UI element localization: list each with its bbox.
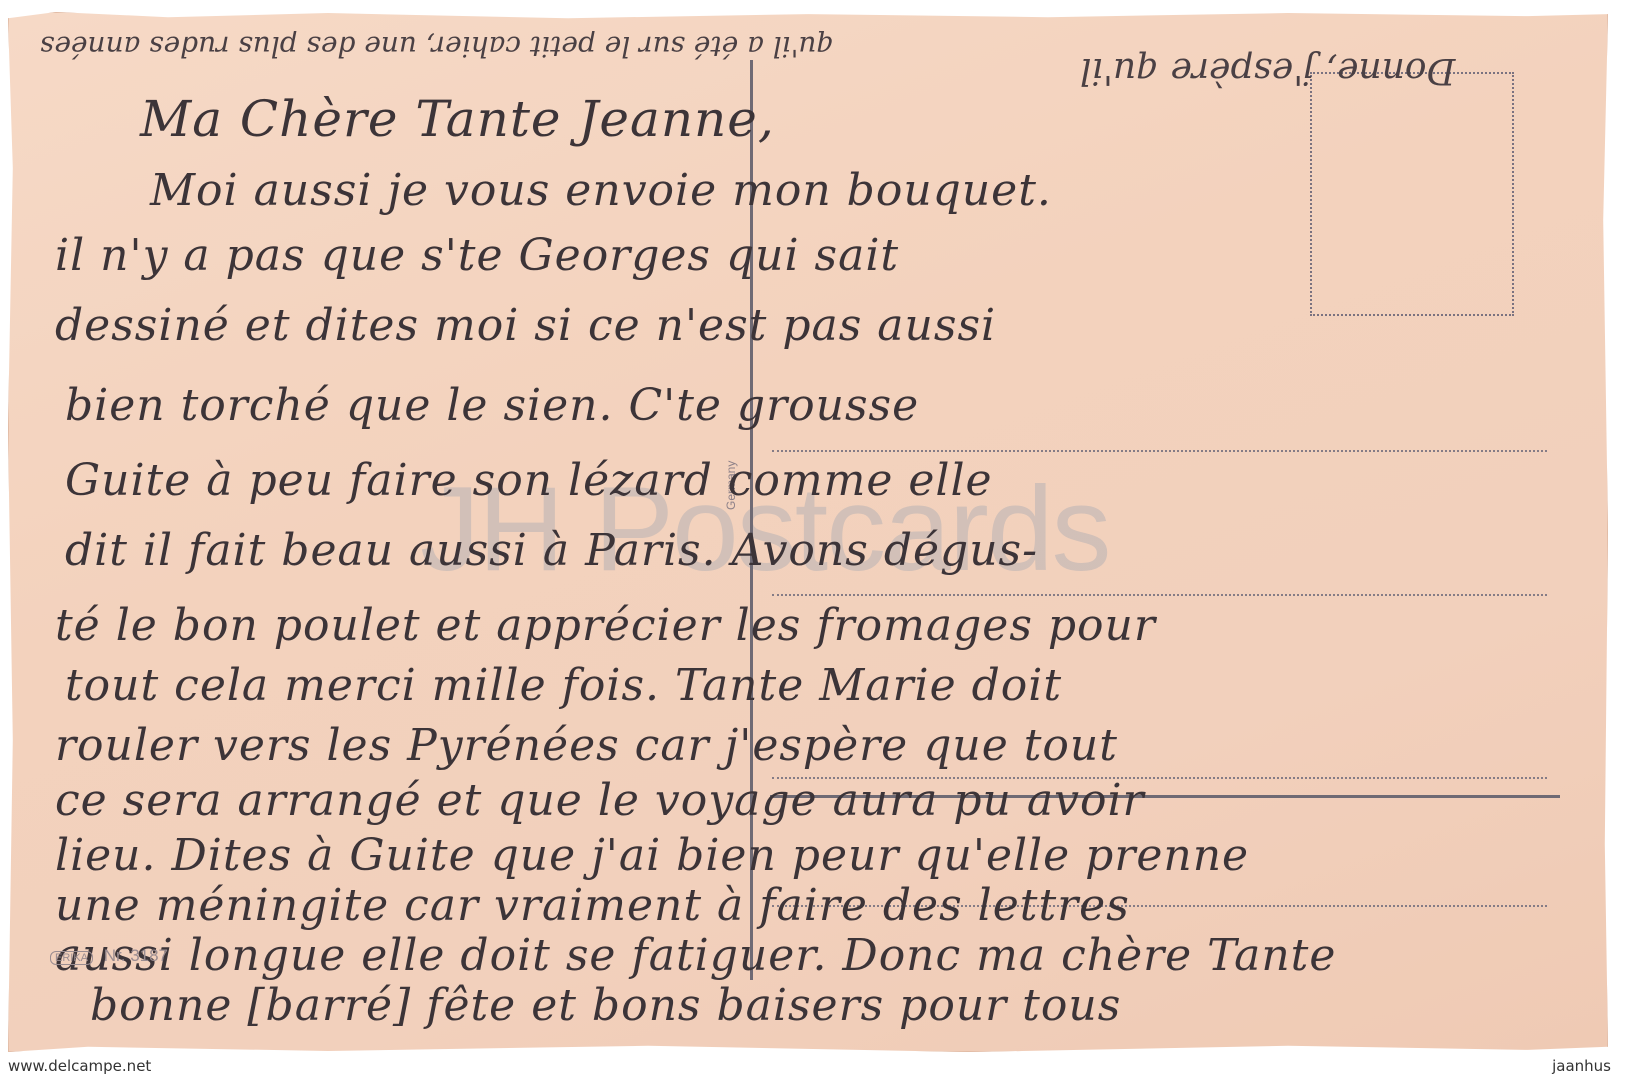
letter-line: té le bon poulet et apprécier les fromag… [55,600,1156,651]
letter-line: une méningite car vraiment à faire des l… [55,880,1130,931]
letter-line: ce sera arrangé et que le voyage aura pu… [55,775,1145,826]
letter-line: bien torché que le sien. C'te grousse [65,380,919,431]
stamp-box [1310,72,1514,316]
letter-line: lieu. Dites à Guite que j'ai bien peur q… [55,830,1249,881]
greeting: Ma Chère Tante Jeanne, [140,90,775,148]
source-credit: www.delcampe.net [8,1057,151,1075]
letter-line: Moi aussi je vous envoie mon bouquet. [150,165,1052,216]
upside-down-note-right: Donne, j'espère qu'il [1080,50,1455,91]
upside-down-note-left: qu'il a été sur le petit cahier, une des… [40,30,834,63]
seller-credit: jaanhus [1552,1057,1611,1075]
publisher-imprint: ERIKA Nr. 3187 [50,946,168,966]
letter-line: il n'y a pas que s'te Georges qui sait [55,230,899,281]
letter-line: dit il fait beau aussi à Paris. Avons dé… [65,525,1038,576]
publisher-logo: ERIKA [50,951,93,965]
letter-line: aussi longue elle doit se fatiguer. Donc… [55,930,1336,981]
address-line [772,450,1547,452]
address-line [772,594,1547,596]
letter-line: rouler vers les Pyrénées car j'espère qu… [55,720,1118,771]
letter-line: bonne [barré] fête et bons baisers pour … [90,980,1121,1031]
series-number: Nr. 3187 [104,946,168,965]
letter-line: tout cela merci mille fois. Tante Marie … [65,660,1062,711]
letter-line: dessiné et dites moi si ce n'est pas aus… [55,300,996,351]
letter-line: Guite à peu faire son lézard comme elle [65,455,993,506]
